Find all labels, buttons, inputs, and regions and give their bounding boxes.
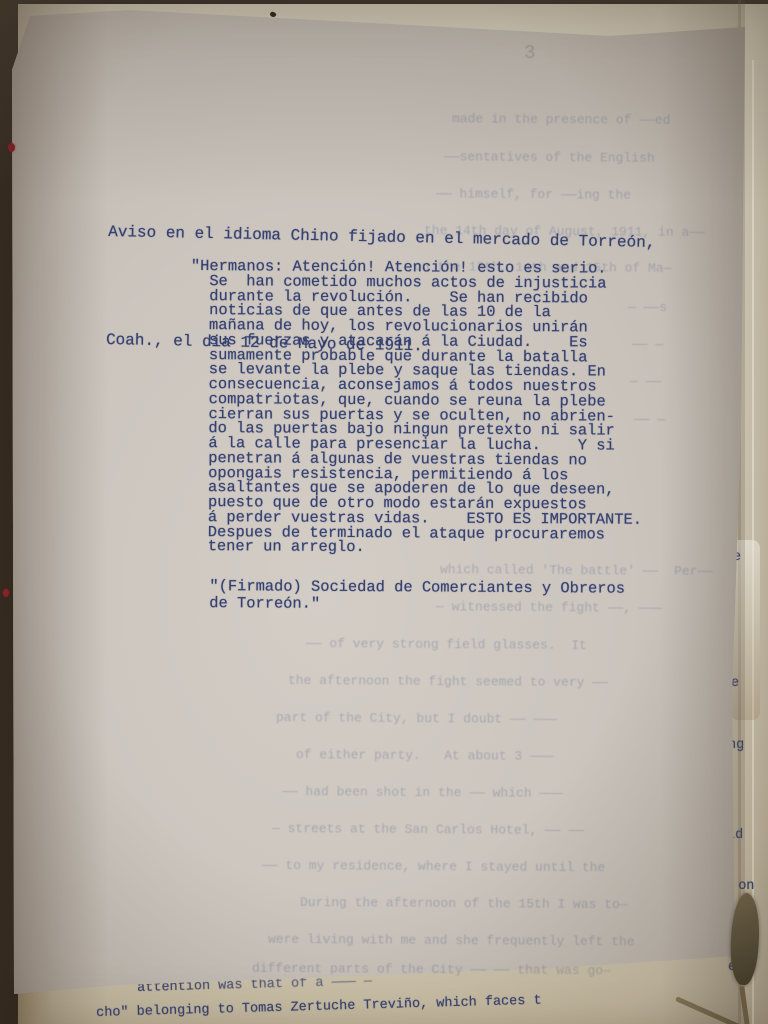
heading-line1: Aviso en el idioma Chino fijado en el me… bbox=[108, 214, 656, 261]
notice-body: "Hermanos: Atención! Atención! esto es s… bbox=[189, 259, 643, 557]
bleedthrough-line: — streets at the San Carlos Hotel, —— —— bbox=[272, 821, 584, 838]
red-ink-dot bbox=[3, 589, 9, 597]
bleedthrough-line: —— had been shot in the —— which ——— bbox=[282, 784, 563, 801]
bleedthrough-line: —— of very strong field glasses. It bbox=[306, 636, 587, 653]
bleedthrough-line: different parts of the City —— —— that w… bbox=[252, 961, 611, 979]
bleedthrough-line: —— to my residence, where I stayed until… bbox=[262, 858, 605, 875]
bleedthrough-line: of either party. At about 3 ——— bbox=[296, 747, 554, 764]
bleedthrough-line: part of the City, but I doubt —— ——— bbox=[276, 710, 557, 727]
bleedthrough-line: which called 'The battle' —— Per—— bbox=[440, 562, 713, 579]
page-number-ghost: 3 bbox=[524, 42, 535, 64]
scanned-document-photo: attention was that of a ——— — cho" belon… bbox=[0, 0, 768, 1024]
page-shadow-left bbox=[0, 0, 120, 1024]
bleedthrough-line: were living with me and she frequently l… bbox=[268, 932, 635, 950]
page-shadow-right bbox=[660, 0, 745, 1024]
bleedthrough-line: made in the presence of ——ed bbox=[452, 111, 671, 128]
red-ink-dot bbox=[8, 143, 15, 152]
notice-signature: "(Firmado) Sociedad de Comerciantes y Ob… bbox=[191, 578, 625, 614]
bleedthrough-line: the afternoon the fight seemed to very —… bbox=[288, 673, 608, 690]
bleedthrough-line: During the afternoon of the 15th I was t… bbox=[300, 895, 628, 912]
